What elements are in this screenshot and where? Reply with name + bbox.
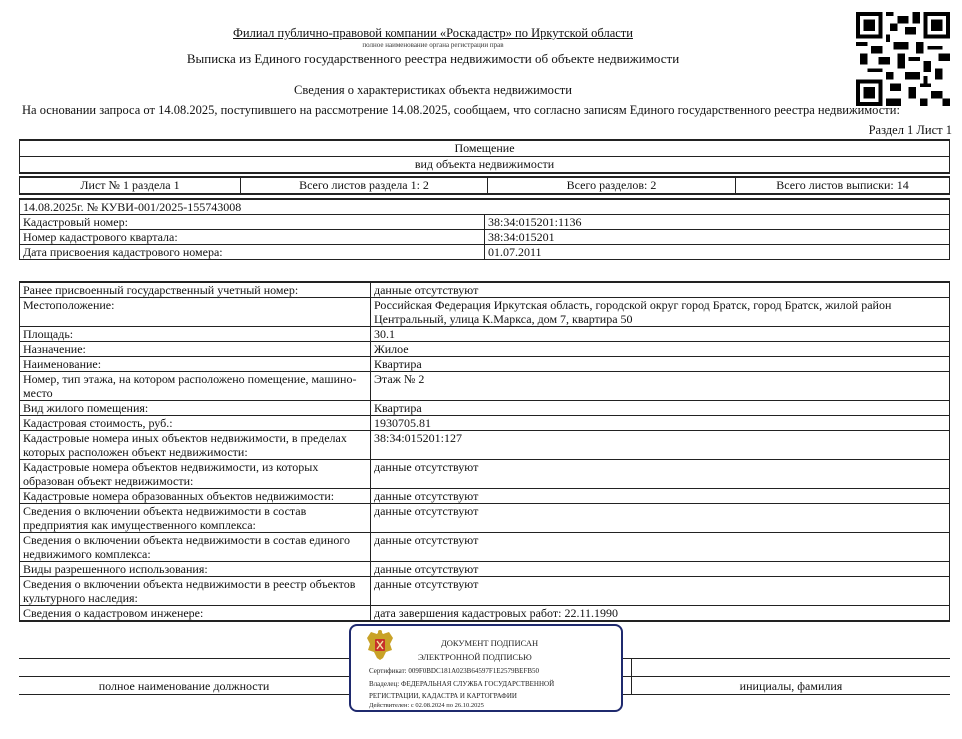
table-row: Кадастровые номера объектов недвижимости… xyxy=(20,460,950,489)
stamp-owner-line1: Владелец: ФЕДЕРАЛЬНАЯ СЛУЖБА ГОСУДАРСТВЕ… xyxy=(369,680,554,688)
table-row: Номер, тип этажа, на котором расположено… xyxy=(20,372,950,401)
properties-table: Ранее присвоенный государственный учетны… xyxy=(19,281,950,622)
name-field xyxy=(632,659,951,677)
property-value: данные отсутствуют xyxy=(371,489,950,504)
intro-text: На основании запроса от 14.08.2025, пост… xyxy=(22,103,900,118)
stamp-title-line1: ДОКУМЕНТ ПОДПИСАН xyxy=(441,638,538,648)
cadastral-head-table: 14.08.2025г. № КУВИ-001/2025-155743008 К… xyxy=(19,198,950,260)
row-label: Номер кадастрового квартала: xyxy=(20,230,485,245)
property-label: Кадастровые номера объектов недвижимости… xyxy=(20,460,371,489)
property-value: данные отсутствуют xyxy=(371,282,950,298)
sheet-info-table: Лист № 1 раздела 1 Всего листов раздела … xyxy=(19,176,950,195)
table-row: Площадь:30.1 xyxy=(20,327,950,342)
property-value: 38:34:015201:127 xyxy=(371,431,950,460)
property-label: Кадастровые номера иных объектов недвижи… xyxy=(20,431,371,460)
table-row: Вид жилого помещения:Квартира xyxy=(20,401,950,416)
property-label: Назначение: xyxy=(20,342,371,357)
property-value: данные отсутствуют xyxy=(371,577,950,606)
row-label: Кадастровый номер: xyxy=(20,215,485,230)
electronic-signature-stamp: ДОКУМЕНТ ПОДПИСАН ЭЛЕКТРОННОЙ ПОДПИСЬЮ С… xyxy=(349,624,623,712)
property-value: данные отсутствуют xyxy=(371,533,950,562)
property-value: Российская Федерация Иркутская область, … xyxy=(371,298,950,327)
object-kind-table: Помещение вид объекта недвижимости xyxy=(19,139,950,174)
property-value: Этаж № 2 xyxy=(371,372,950,401)
section-reference: Раздел 1 Лист 1 xyxy=(869,123,952,138)
object-kind-caption: вид объекта недвижимости xyxy=(20,157,950,174)
property-label: Наименование: xyxy=(20,357,371,372)
table-row: Номер кадастрового квартала: 38:34:01520… xyxy=(20,230,950,245)
table-row: Сведения о кадастровом инженере:дата зав… xyxy=(20,606,950,622)
stamp-title-line2: ЭЛЕКТРОННОЙ ПОДПИСЬЮ xyxy=(418,652,532,662)
table-row: Сведения о включении объекта недвижимост… xyxy=(20,577,950,606)
section-count: Всего разделов: 2 xyxy=(488,177,736,194)
table-row: Назначение:Жилое xyxy=(20,342,950,357)
property-value: 30.1 xyxy=(371,327,950,342)
property-label: Сведения о включении объекта недвижимост… xyxy=(20,533,371,562)
name-caption: инициалы, фамилия xyxy=(632,677,951,695)
property-value: дата завершения кадастровых работ: 22.11… xyxy=(371,606,950,622)
property-label: Сведения о включении объекта недвижимост… xyxy=(20,504,371,533)
table-row: Местоположение:Российская Федерация Ирку… xyxy=(20,298,950,327)
object-kind-value: Помещение xyxy=(20,140,950,157)
stamp-validity: Действителен: с 02.08.2024 по 26.10.2025 xyxy=(369,702,484,709)
property-label: Ранее присвоенный государственный учетны… xyxy=(20,282,371,298)
cadastral-number: 38:34:015201:1136 xyxy=(485,215,950,230)
extract-reference: 14.08.2025г. № КУВИ-001/2025-155743008 xyxy=(20,199,950,215)
property-value: Квартира xyxy=(371,401,950,416)
section-title: Сведения о характеристиках объекта недви… xyxy=(0,83,866,98)
organization-name: Филиал публично-правовой компании «Роска… xyxy=(0,26,866,41)
table-row: Кадастровые номера образованных объектов… xyxy=(20,489,950,504)
document-title: Выписка из Единого государственного реес… xyxy=(0,51,866,67)
table-row: Наименование:Квартира xyxy=(20,357,950,372)
stamp-owner-line2: РЕГИСТРАЦИИ, КАДАСТРА И КАРТОГРАФИИ xyxy=(369,692,517,700)
property-label: Сведения о включении объекта недвижимост… xyxy=(20,577,371,606)
section-sheet-count: Всего листов раздела 1: 2 xyxy=(241,177,488,194)
property-label: Кадастровые номера образованных объектов… xyxy=(20,489,371,504)
property-label: Площадь: xyxy=(20,327,371,342)
property-value: 1930705.81 xyxy=(371,416,950,431)
table-row: Кадастровый номер: 38:34:015201:1136 xyxy=(20,215,950,230)
cadastral-quarter: 38:34:015201 xyxy=(485,230,950,245)
property-label: Вид жилого помещения: xyxy=(20,401,371,416)
property-label: Сведения о кадастровом инженере: xyxy=(20,606,371,622)
property-label: Местоположение: xyxy=(20,298,371,327)
property-value: Квартира xyxy=(371,357,950,372)
stamp-certificate: Сертификат: 009F0BDC181A023B64597F1E2579… xyxy=(369,667,539,675)
total-sheet-count: Всего листов выписки: 14 xyxy=(736,177,950,194)
assignment-date: 01.07.2011 xyxy=(485,245,950,260)
table-row: Кадастровая стоимость, руб.:1930705.81 xyxy=(20,416,950,431)
table-row: Ранее присвоенный государственный учетны… xyxy=(20,282,950,298)
table-row: Кадастровые номера иных объектов недвижи… xyxy=(20,431,950,460)
property-value: данные отсутствуют xyxy=(371,504,950,533)
property-label: Виды разрешенного использования: xyxy=(20,562,371,577)
qr-code-icon xyxy=(856,12,950,106)
table-row: Дата присвоения кадастрового номера: 01.… xyxy=(20,245,950,260)
property-value: Жилое xyxy=(371,342,950,357)
position-field xyxy=(19,659,349,677)
property-label: Номер, тип этажа, на котором расположено… xyxy=(20,372,371,401)
coat-of-arms-icon xyxy=(365,628,395,662)
sheet-number: Лист № 1 раздела 1 xyxy=(20,177,241,194)
property-value: данные отсутствуют xyxy=(371,460,950,489)
organization-caption: полное наименование органа регистрации п… xyxy=(0,41,866,49)
row-label: Дата присвоения кадастрового номера: xyxy=(20,245,485,260)
table-row: Сведения о включении объекта недвижимост… xyxy=(20,504,950,533)
table-row: Виды разрешенного использования:данные о… xyxy=(20,562,950,577)
table-row: Сведения о включении объекта недвижимост… xyxy=(20,533,950,562)
property-value: данные отсутствуют xyxy=(371,562,950,577)
position-caption: полное наименование должности xyxy=(19,677,349,695)
property-label: Кадастровая стоимость, руб.: xyxy=(20,416,371,431)
